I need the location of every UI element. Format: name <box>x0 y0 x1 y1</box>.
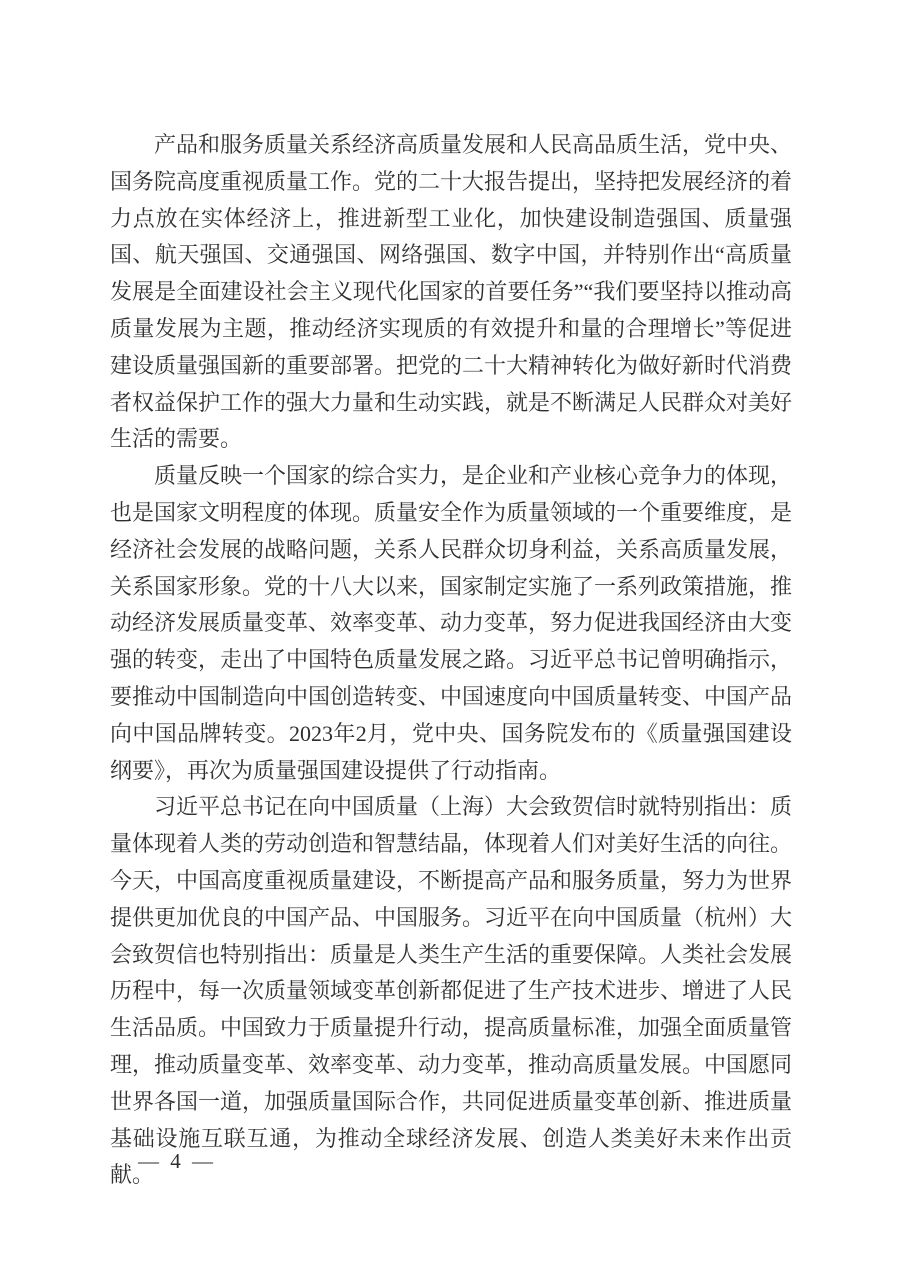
paragraph-1: 产品和服务质量关系经济高质量发展和人民高品质生活，党中央、国务院高度重视质量工作… <box>110 127 792 458</box>
document-body: 产品和服务质量关系经济高质量发展和人民高品质生活，党中央、国务院高度重视质量工作… <box>110 127 792 1194</box>
page-number: — 4 — <box>138 1149 216 1174</box>
paragraph-3: 习近平总书记在向中国质量（上海）大会致贺信时就特别指出：质量体现着人类的劳动创造… <box>110 789 792 1194</box>
document-page: 产品和服务质量关系经济高质量发展和人民高品质生活，党中央、国务院高度重视质量工作… <box>0 0 900 1273</box>
paragraph-2: 质量反映一个国家的综合实力，是企业和产业核心竞争力的体现，也是国家文明程度的体现… <box>110 458 792 789</box>
